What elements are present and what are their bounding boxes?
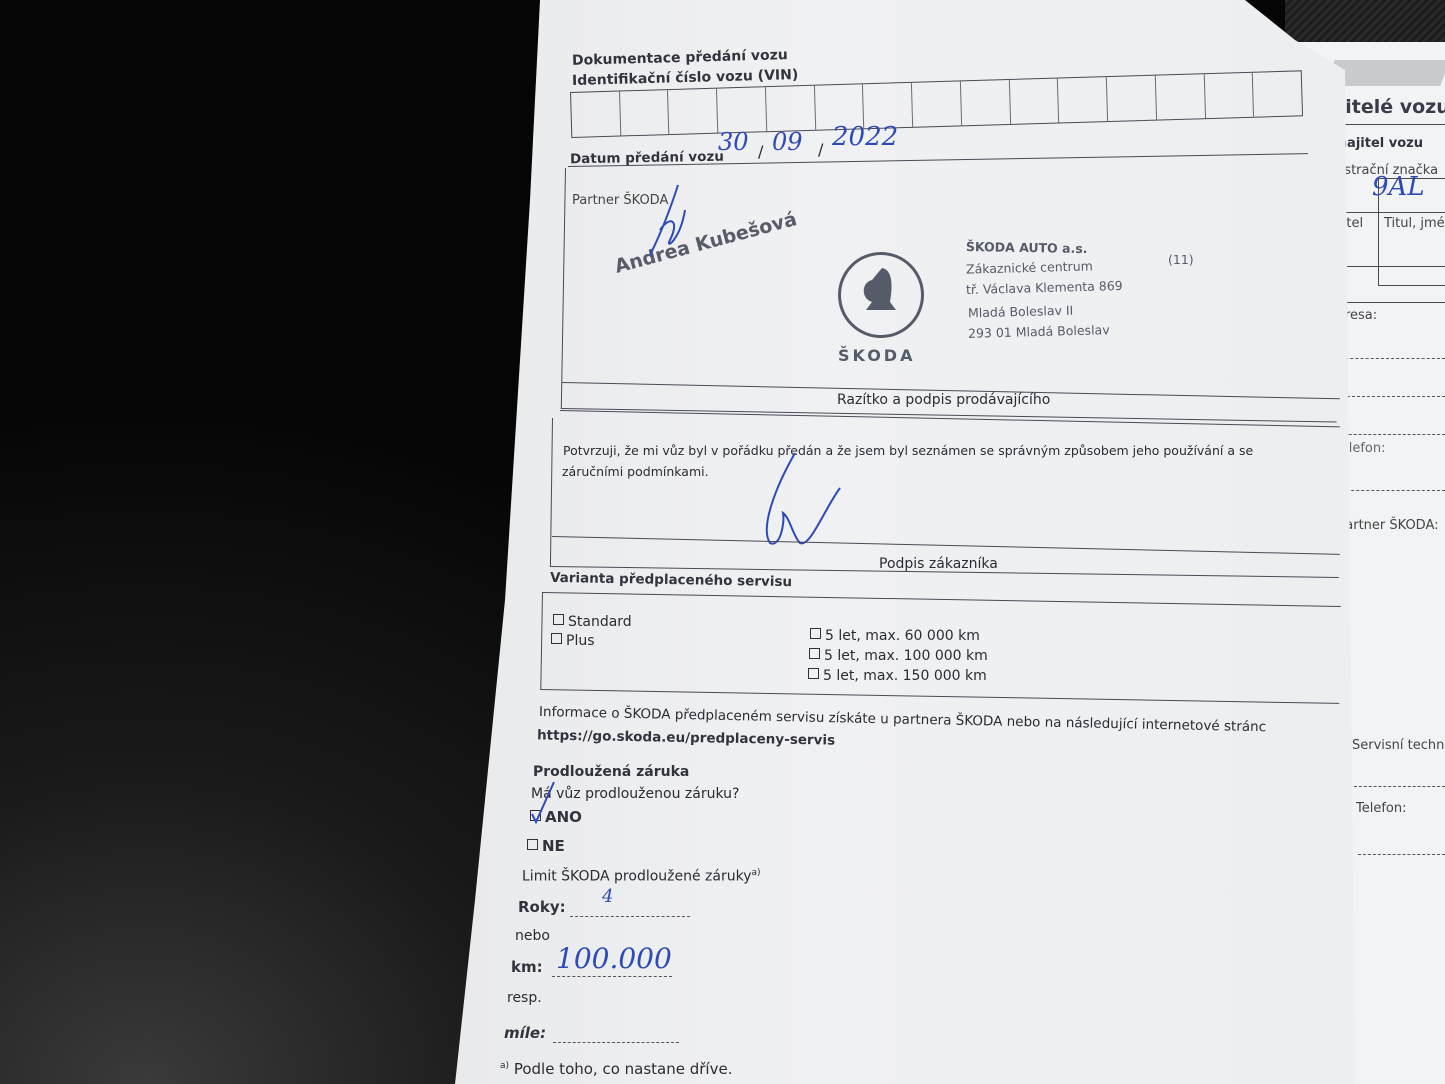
seller-signature-caption: Razítko a podpis prodávajícího (837, 392, 1050, 408)
date-separator: / (818, 140, 823, 159)
checkbox-standard[interactable] (553, 614, 564, 625)
vin-cell[interactable] (1107, 76, 1157, 121)
customer-confirmation-line-1: Potvrzuji, že mi vůz byl v pořádku předá… (563, 443, 1253, 458)
warranty-limit-label: Limit ŠKODA prodloužené zárukya) (522, 868, 761, 885)
duration-150000-label: 5 let, max. 150 000 km (823, 668, 987, 684)
checkbox-150000[interactable] (808, 668, 819, 679)
duration-100000[interactable]: 5 let, max. 100 000 km (809, 648, 988, 664)
vin-cell[interactable] (961, 80, 1011, 125)
footnote-text: Podle toho, co nastane dříve. (514, 1060, 733, 1078)
or-label: nebo (515, 928, 550, 944)
phone-line (1336, 490, 1445, 491)
years-field[interactable] (570, 916, 690, 917)
variant-plus[interactable]: Plus (551, 633, 595, 649)
service-tech-line (1354, 786, 1445, 787)
duration-100000-label: 5 let, max. 100 000 km (824, 648, 988, 664)
km-label: km: (511, 958, 543, 976)
skoda-arrow-icon (852, 262, 908, 318)
vin-cell[interactable] (620, 90, 670, 135)
customer-signature-box (550, 418, 1341, 578)
checkbox-ne[interactable] (527, 839, 538, 850)
km-field[interactable] (552, 976, 672, 977)
footnote-mark: a) (752, 868, 761, 878)
date-separator: / (758, 142, 763, 161)
partner-signature-scribble (640, 180, 700, 270)
address-line-3 (1334, 434, 1445, 435)
date-month: 09 (772, 128, 803, 156)
checkbox-60000[interactable] (810, 628, 821, 639)
vin-cell[interactable] (912, 81, 962, 126)
date-day: 30 (718, 128, 749, 156)
miles-field[interactable] (553, 1042, 679, 1043)
variant-standard[interactable]: Standard (553, 614, 632, 630)
customer-confirmation-line-2: záručními podmínkami. (562, 464, 709, 479)
variant-plus-label: Plus (566, 633, 595, 649)
vin-cell[interactable] (766, 86, 816, 131)
option-ne-label: NE (542, 837, 565, 855)
vin-cell[interactable] (1253, 71, 1302, 116)
stamp-line-4: Mladá Boleslav II (968, 303, 1074, 321)
vin-cell[interactable] (717, 87, 767, 132)
vin-cell[interactable] (1058, 77, 1108, 122)
phone2-label: Telefon: (1356, 801, 1407, 816)
ano-checkmark-icon (528, 778, 558, 828)
years-value: 4 (602, 886, 613, 907)
checkbox-plus[interactable] (551, 633, 562, 644)
customer-signature-caption: Podpis zákazníka (879, 556, 998, 572)
owner-sublabel: Titul, jméno (1384, 216, 1445, 231)
phone2-line (1358, 854, 1445, 855)
vin-cell[interactable] (1204, 73, 1254, 118)
footnote-mark: a) (500, 1061, 509, 1071)
stamp-code: (11) (1168, 252, 1194, 267)
address-line-2 (1332, 396, 1445, 397)
duration-60000-label: 5 let, max. 60 000 km (825, 628, 980, 644)
duration-60000[interactable]: 5 let, max. 60 000 km (810, 628, 980, 644)
option-ne[interactable]: NE (527, 837, 565, 855)
stamp-brand: ŠKODA (838, 346, 915, 365)
variant-standard-label: Standard (568, 614, 632, 630)
extended-warranty-question: Má vůz prodlouženou záruku? (531, 786, 739, 802)
owner-box (1378, 178, 1445, 286)
vin-cell[interactable] (1156, 74, 1206, 119)
customer-signature (755, 448, 855, 553)
stamp-line-1: ŠKODA AUTO a.s. (966, 239, 1088, 256)
warranty-limit-text: Limit ŠKODA prodloužené záruky (522, 869, 752, 885)
footnote: a) Podle toho, co nastane dříve. (500, 1060, 732, 1078)
partner-label-right: Partner ŠKODA: (1338, 518, 1439, 533)
vin-cell[interactable] (571, 92, 621, 137)
checkbox-100000[interactable] (809, 648, 820, 659)
miles-label: míle: (504, 1024, 546, 1042)
resp-label: resp. (507, 990, 542, 1006)
date-year: 2022 (832, 122, 898, 152)
service-tech-label: Servisní technik (1352, 738, 1445, 753)
duration-150000[interactable]: 5 let, max. 150 000 km (808, 668, 987, 684)
vin-cell[interactable] (668, 89, 718, 134)
vin-cell[interactable] (1009, 79, 1059, 124)
km-value: 100.000 (556, 942, 672, 975)
years-label: Roky: (518, 898, 566, 916)
